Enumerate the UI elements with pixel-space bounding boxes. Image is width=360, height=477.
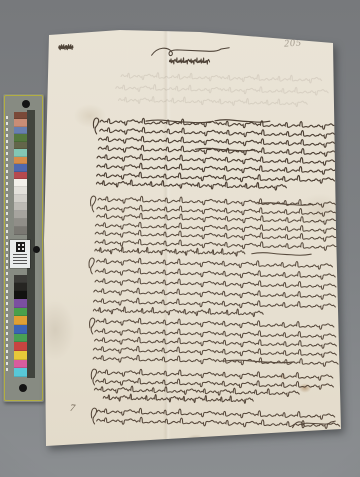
handwriting-line: [103, 393, 253, 405]
handwriting-line: [97, 162, 337, 176]
archival-photo: 205 7: [0, 0, 360, 477]
handwriting-line: [98, 195, 336, 209]
handwriting-line: [95, 336, 337, 350]
handwriting-line: [96, 257, 332, 271]
handwriting-line: [95, 277, 336, 291]
paragraph-6: [91, 407, 340, 430]
handwriting-line: [93, 297, 335, 311]
handwriting-line: [93, 306, 263, 318]
handwriting-line: [100, 117, 337, 131]
paragraph-4: [89, 316, 339, 367]
handwriting-line: [95, 229, 338, 243]
handwriting-line: [96, 317, 334, 331]
docket-inscription: [58, 44, 229, 66]
handwriting-line: [94, 385, 299, 398]
handwriting-line: [98, 144, 339, 158]
folio-number: 205: [284, 37, 303, 49]
handwriting-line: [90, 196, 96, 212]
handwriting-layer: [0, 0, 360, 477]
paragraph-2: [89, 194, 340, 259]
paragraph-3: [88, 256, 337, 319]
bleed-through-lines: [115, 71, 328, 108]
handwriting-line: [89, 318, 95, 334]
handwriting-line: [96, 179, 286, 192]
handwriting-line: [95, 246, 245, 258]
handwriting-line: [98, 135, 338, 149]
handwriting-line: [95, 238, 339, 252]
handwriting-line: [95, 327, 336, 341]
manuscript-page-wrap: 205 7: [0, 0, 360, 477]
handwriting-line: [100, 126, 339, 140]
handwriting-line: [91, 408, 97, 424]
handwriting-line: [93, 118, 99, 134]
manuscript-page: 205 7: [0, 0, 360, 477]
paragraph-5: [91, 367, 334, 406]
rubric-dash: [146, 120, 211, 123]
handwriting-line: [95, 221, 338, 235]
paragraph-1: [92, 116, 340, 192]
rubric-dash: [252, 252, 311, 255]
handwriting-line: [93, 345, 336, 359]
handwriting-line: [95, 267, 335, 281]
handwriting-line: [89, 258, 95, 274]
handwriting-line: [91, 369, 97, 385]
handwriting-line: [97, 407, 335, 421]
handwriting-line: [94, 287, 336, 301]
handwriting-line: [97, 153, 338, 167]
handwriting-line: [98, 368, 333, 382]
